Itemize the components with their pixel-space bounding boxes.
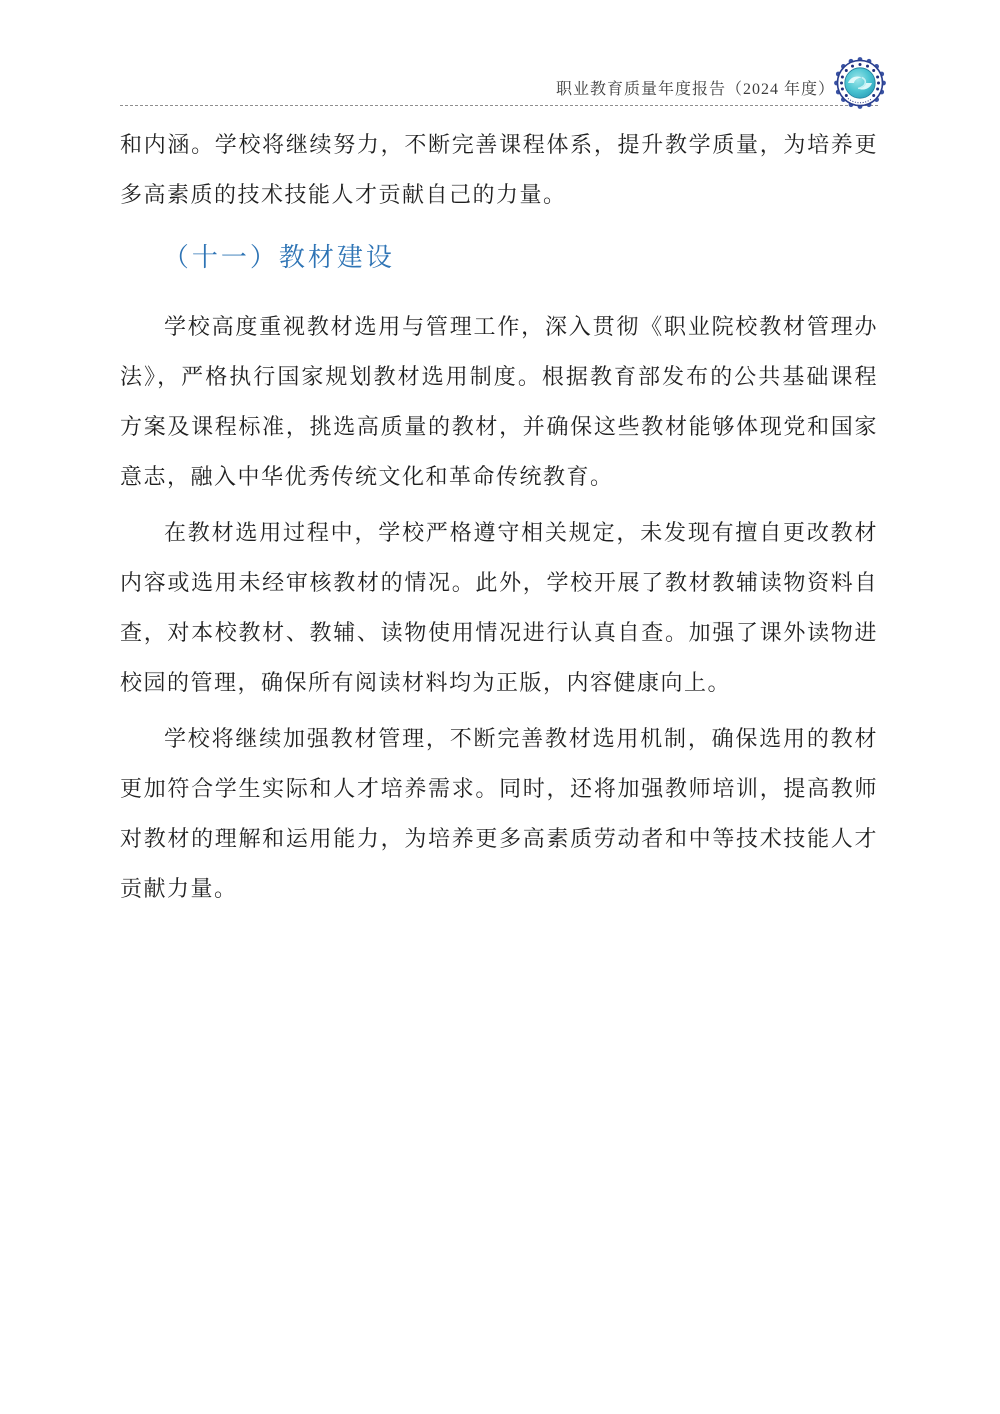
document-body: 和内涵。学校将继续努力，不断完善课程体系，提升教学质量，为培养更多高素质的技术技… <box>120 106 878 920</box>
paragraph: 在教材选用过程中，学校严格遵守相关规定，未发现有擅自更改教材内容或选用未经审核教… <box>120 508 878 708</box>
paragraph: 学校高度重视教材选用与管理工作，深入贯彻《职业院校教材管理办法》，严格执行国家规… <box>120 302 878 502</box>
page-header: 职业教育质量年度报告（2024 年度） <box>0 0 1000 106</box>
header-title: 职业教育质量年度报告（2024 年度） <box>556 76 835 99</box>
section-heading: （十一）教材建设 <box>120 238 878 278</box>
document-page: 职业教育质量年度报告（2024 年度） <box>0 0 1000 1414</box>
paragraph: 学校将继续加强教材管理，不断完善教材选用机制，确保选用的教材更加符合学生实际和人… <box>120 714 878 914</box>
school-emblem-icon <box>833 56 887 110</box>
paragraph-continuation: 和内涵。学校将继续努力，不断完善课程体系，提升教学质量，为培养更多高素质的技术技… <box>120 120 878 220</box>
